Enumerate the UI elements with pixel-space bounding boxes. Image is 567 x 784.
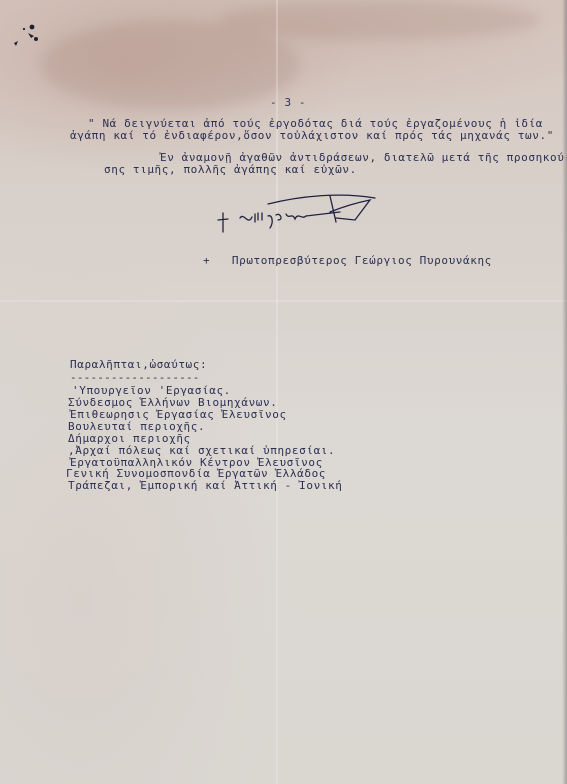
- recipients-heading: Παραλῆπται,ὡσαύτως:: [70, 359, 207, 371]
- paper-edge-shadow: [562, 0, 567, 784]
- paper-fold-horizontal: [0, 300, 567, 302]
- paper-stain: [220, 0, 540, 40]
- closing-line-2: σης τιμῆς, πολλῆς ἀγάπης καί εὐχῶν.: [104, 164, 357, 176]
- scanned-page: - 3 - " Νά δειγνύεται ἀπό τούς ἐργοδότας…: [0, 0, 567, 784]
- page-number: - 3 -: [270, 97, 306, 109]
- handwritten-signature: [210, 192, 390, 242]
- corner-ink-mark-icon: [10, 22, 44, 52]
- recipients-underline: -------------------: [70, 372, 200, 384]
- typed-signature-name: + Πρωτοπρεσβύτερος Γεώργιος Πυρουνάκης: [203, 255, 492, 267]
- recipient-item: Τράπεζαι, Ἐμπορική καί Ἀττική - Ἰονική: [68, 480, 342, 492]
- quote-line-2: ἀγάπη καί τό ἐνδιαφέρον,ὅσον τοὐλάχιστον…: [70, 130, 554, 142]
